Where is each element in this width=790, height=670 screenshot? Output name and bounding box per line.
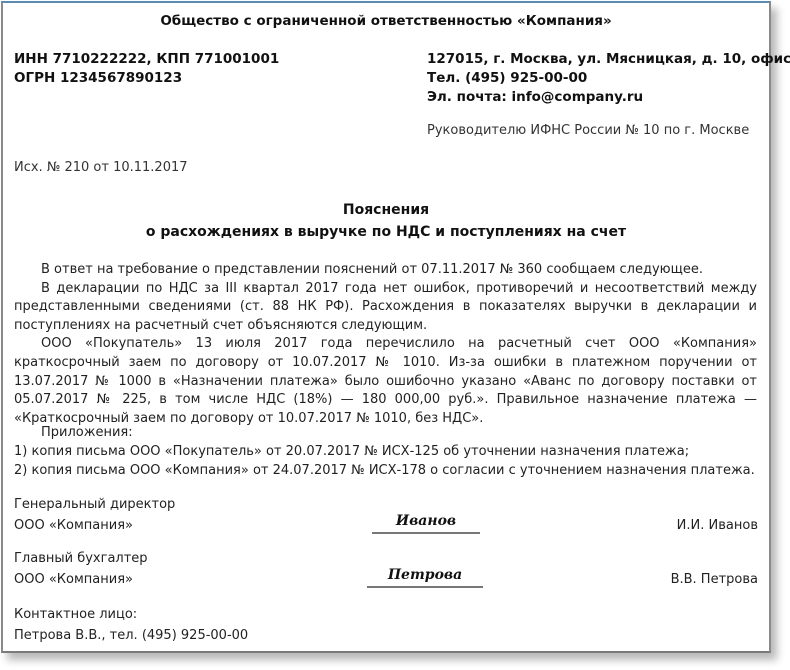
title-line-2: о расхождениях в выручке по НДС и поступ… xyxy=(3,221,769,243)
signer-name: И.И. Иванов xyxy=(677,515,758,536)
inn-kpp: ИНН 7710222222, КПП 771001001 xyxy=(14,50,279,69)
outgoing-number: Исх. № 210 от 10.11.2017 xyxy=(14,160,188,175)
requisites-right: 127015, г. Москва, ул. Мясницкая, д. 10,… xyxy=(427,50,790,107)
attachment-item: 1) копия письма ООО «Покупатель» от 20.0… xyxy=(14,442,755,461)
letter-body: В ответ на требование о представлении по… xyxy=(14,261,757,428)
title-line-1: Пояснения xyxy=(3,199,769,221)
handwritten-signature: Петрова xyxy=(367,564,483,588)
requisites-left: ИНН 7710222222, КПП 771001001 ОГРН 12345… xyxy=(14,50,279,88)
contact-label: Контактное лицо: xyxy=(14,604,248,625)
letter-page: Общество с ограниченной ответственностью… xyxy=(1,1,771,653)
attachments: Приложения: 1) копия письма ООО «Покупат… xyxy=(14,423,755,480)
attachments-heading: Приложения: xyxy=(14,423,755,442)
paragraph: В ответ на требование о представлении по… xyxy=(14,261,757,280)
contact-value: Петрова В.В., тел. (495) 925-00-00 xyxy=(14,625,248,646)
attachment-item: 2) копия письма ООО «Компания» от 24.07.… xyxy=(14,461,755,480)
handwritten-signature: Иванов xyxy=(372,510,480,534)
paragraph: В декларации по НДС за III квартал 2017 … xyxy=(14,280,757,336)
addressee: Руководителю ИФНС России № 10 по г. Моск… xyxy=(427,123,749,138)
ogrn: ОГРН 1234567890123 xyxy=(14,69,279,88)
address: 127015, г. Москва, ул. Мясницкая, д. 10,… xyxy=(427,50,790,69)
signer-name: В.В. Петрова xyxy=(671,569,758,590)
email: Эл. почта: info@company.ru xyxy=(427,88,790,107)
organization-name: Общество с ограниченной ответственностью… xyxy=(3,13,769,29)
phone: Тел. (495) 925-00-00 xyxy=(427,69,790,88)
signature-block-director: Генеральный директор ООО «Компания» Иван… xyxy=(14,494,770,536)
signature-block-accountant: Главный бухгалтер ООО «Компания» Петрова… xyxy=(14,548,770,590)
contact-person: Контактное лицо: Петрова В.В., тел. (495… xyxy=(14,604,248,646)
paragraph: ООО «Покупатель» 13 июля 2017 года переч… xyxy=(14,335,757,428)
document-title: Пояснения о расхождениях в выручке по НД… xyxy=(3,199,769,243)
